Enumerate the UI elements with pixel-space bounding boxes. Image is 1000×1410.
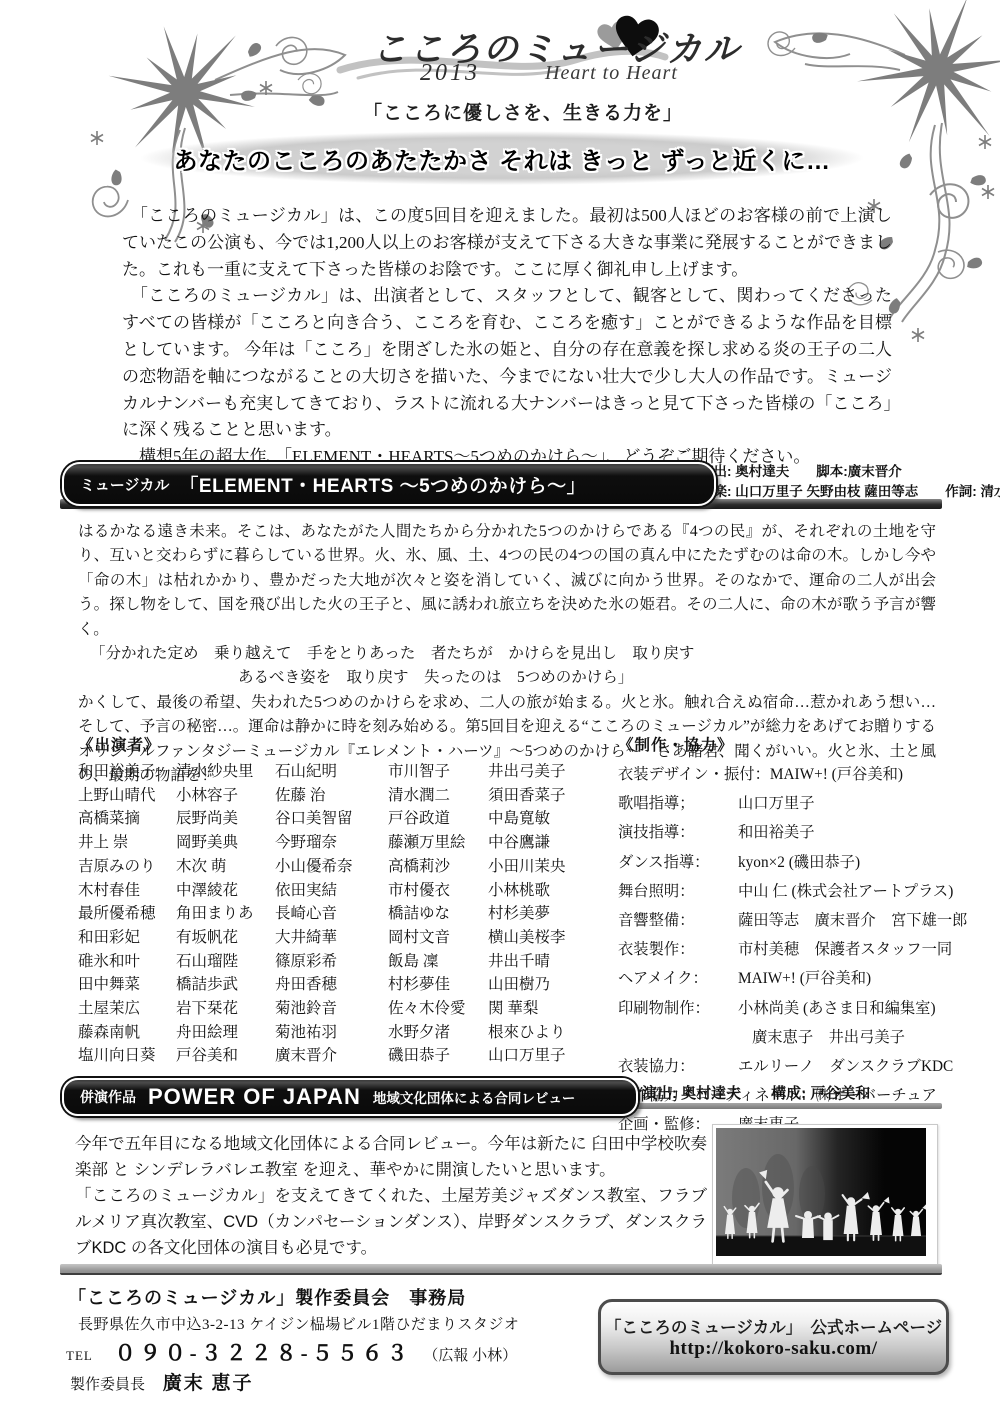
cast-member: 山口万里子 xyxy=(488,1044,566,1068)
chair-label: 製作委員長 xyxy=(70,1377,145,1393)
cast-member: 飯島 凜 xyxy=(388,950,488,974)
credit-person: 市村美穂 保護者スタッフ一同 xyxy=(738,941,952,958)
credit-role: 舞台照明： xyxy=(618,877,738,906)
homepage-box: 「こころのミュージカル」 公式ホームページ http://kokoro-saku… xyxy=(598,1299,949,1375)
credit-line: ヘアメイク：MAIW+! (戸谷美和) xyxy=(618,964,963,993)
cast-member: 藤森南帆 xyxy=(78,1021,176,1045)
homepage-caption: 「こころのミュージカル」 公式ホームページ xyxy=(605,1314,942,1338)
cast-heading: 《出演者》 xyxy=(78,733,161,755)
credit-person: kyon×2 (磯田恭子) xyxy=(738,854,860,871)
cast-member: 菊池祐羽 xyxy=(275,1021,388,1045)
cast-member: 水野夕渚 xyxy=(388,1021,488,1045)
title-year: 2013 xyxy=(420,60,480,87)
catch-copy-text: あなたのこころのあたたかさ それは きっと ずっと近くに… xyxy=(173,141,830,176)
cast-member: 市村優衣 xyxy=(388,879,488,903)
cast-member: 角田まりあ xyxy=(176,902,275,926)
cast-member: 井出弓美子 xyxy=(488,760,566,784)
cast-member: 菊池鈴音 xyxy=(275,997,388,1021)
copro-title: POWER OF JAPAN xyxy=(148,1084,361,1110)
cast-member: 小山優希奈 xyxy=(275,855,388,879)
cast-member: 小林容子 xyxy=(176,784,275,808)
cast-member: 村杉美夢 xyxy=(488,902,566,926)
cast-member: 藤瀬万里絵 xyxy=(388,831,488,855)
cast-member: 井上 崇 xyxy=(78,831,176,855)
prophecy-line-2: あるべき姿を 取り戻す 失ったのは 5つめのかけら」 xyxy=(78,666,936,690)
credit-person: エルリーノ ダンスクラブKDC xyxy=(738,1058,953,1075)
cast-member: 高橋莉沙 xyxy=(388,855,488,879)
credit-person: 山口万里子 xyxy=(738,795,815,812)
cast-member: 磯田恭子 xyxy=(388,1044,488,1068)
review-block: 今年で五年目になる地域文化団体による合同レビュー。今年は新たに 臼田中学校吹奏楽… xyxy=(75,1131,707,1261)
cast-member: 中島寛敏 xyxy=(488,807,566,831)
cast-member: 佐藤 治 xyxy=(275,784,388,808)
cast-member: 最所優希穂 xyxy=(78,902,176,926)
credit-role: 印刷物制作： xyxy=(618,994,738,1023)
credit-person: 和田裕美子 xyxy=(738,824,815,841)
chair-name: 廣末 恵子 xyxy=(163,1373,254,1394)
credit-person: MAIW+! (戸谷美和) xyxy=(738,970,871,987)
cast-member: 谷口美智留 xyxy=(275,807,388,831)
cast-member: 今野瑠奈 xyxy=(275,831,388,855)
copro-label: 併演作品 xyxy=(80,1087,136,1107)
cast-member: 根來ひより xyxy=(488,1021,566,1045)
credit-person: 小林尚美 (あさま日和編集室) xyxy=(738,1000,936,1017)
telephone-line: TEL ０９０-３２２８-５５６３ （広報 小林） xyxy=(66,1337,517,1367)
cast-member: 碓氷和叶 xyxy=(78,950,176,974)
credit-line: 印刷物制作：小林尚美 (あさま日和編集室) xyxy=(618,994,963,1023)
credit-role: ダンス指導： xyxy=(618,848,738,877)
cast-member: 村杉夢佳 xyxy=(388,973,488,997)
musical-credit-line-1: 演出: 奥村達夫 脚本:廣末晋介 xyxy=(700,462,950,482)
intro-paragraph-2: 「こころのミュージカル」は、出演者として、スタッフとして、観客として、関わってく… xyxy=(122,283,892,444)
cast-member: 清水潤二 xyxy=(388,784,488,808)
cast-member: 和田彩妃 xyxy=(78,926,176,950)
credit-role: 歌唱指導； xyxy=(618,789,738,818)
credit-person: 廣末恵子 井出弓美子 xyxy=(752,1029,905,1046)
flyer-page: こころのミュージカル 2013 Heart to Heart 「こころに優しさを… xyxy=(0,0,1000,1410)
cast-member: 井出千晴 xyxy=(488,950,566,974)
cast-member: 清水紗央里 xyxy=(176,760,275,784)
prophecy-line-1: 「分かれた定め 乗り越えて 手をとりあった 者たちが かけらを見出し 取り戻す xyxy=(78,642,936,666)
credit-role: 衣装製作： xyxy=(618,935,738,964)
credit-role: 衣装協力： xyxy=(618,1052,738,1081)
review-paragraph-1: 今年で五年目になる地域文化団体による合同レビュー。今年は新たに 臼田中学校吹奏楽… xyxy=(75,1131,707,1183)
credit-line: 衣装デザイン・振付：MAIW+! (戸谷美和) xyxy=(618,760,963,789)
copro-banner: 併演作品 POWER OF JAPAN 地域文化団体による合同レビュー xyxy=(62,1078,638,1116)
cast-member: 吉原みのり xyxy=(78,855,176,879)
cast-member: 塩川向日葵 xyxy=(78,1044,176,1068)
cast-member: 和田裕美子 xyxy=(78,760,176,784)
credit-person: 中山 仁 (株式会社アートプラス) xyxy=(738,883,953,900)
chairperson-line: 製作委員長 廣末 恵子 xyxy=(70,1368,254,1395)
cast-member: 土屋茉広 xyxy=(78,997,176,1021)
cast-member: 橋詰歩武 xyxy=(176,973,275,997)
tel-number: ０９０-３２２８-５５６３ xyxy=(115,1341,412,1365)
cast-member: 小林桃歌 xyxy=(488,879,566,903)
cast-member: 横山美桜李 xyxy=(488,926,566,950)
intro-block: 「こころのミュージカル」は、この度5回目を迎えました。最初は500人ほどのお客様… xyxy=(122,203,892,471)
musical-banner-title: 「ELEMENT・HEARTS ～5つめのかけら～」 xyxy=(179,471,586,498)
cast-member: 木村春佳 xyxy=(78,879,176,903)
cast-member: 須田香菜子 xyxy=(488,784,566,808)
cast-member: 高橋菜摘 xyxy=(78,807,176,831)
cast-member: 上野山晴代 xyxy=(78,784,176,808)
credit-line: 衣装協力：エルリーノ ダンスクラブKDC xyxy=(618,1052,963,1081)
cast-member: 岡野美典 xyxy=(176,831,275,855)
copro-underline-bar xyxy=(598,1103,942,1109)
credit-role: 演技指導： xyxy=(618,818,738,847)
catch-copy-banner: あなたのこころのあたたかさ それは きっと ずっと近くに… xyxy=(140,131,864,185)
story-paragraph-1: はるかなる遠き未来。そこは、あなたがた人間たちから分かれた5つのかけらである『4… xyxy=(78,520,936,642)
heart-to-heart-tagline: Heart to Heart xyxy=(545,62,678,85)
cast-member: 橋詰ゆな xyxy=(388,902,488,926)
cast-member: 石山瑠陛 xyxy=(176,950,275,974)
credits-heading: 《制作・協力》 xyxy=(618,733,734,755)
cast-member: 岡村文音 xyxy=(388,926,488,950)
cast-member: 大井綺華 xyxy=(275,926,388,950)
stage-photo xyxy=(712,1124,938,1268)
credit-person: MAIW+! (戸谷美和) xyxy=(770,766,903,783)
intro-paragraph-1: 「こころのミュージカル」は、この度5回目を迎えました。最初は500人ほどのお客様… xyxy=(122,203,892,283)
credit-line: 歌唱指導；山口万里子 xyxy=(618,789,963,818)
musical-title-banner: ミュージカル 「ELEMENT・HEARTS ～5つめのかけら～」 xyxy=(62,462,716,506)
cast-member: 石山紀明 xyxy=(275,760,388,784)
credit-role: 音響整備： xyxy=(618,906,738,935)
credit-role: 衣装デザイン・振付： xyxy=(618,760,770,789)
cast-member: 戸谷美和 xyxy=(176,1044,275,1068)
credit-role: ヘアメイク： xyxy=(618,964,738,993)
copro-subtitle: 地域文化団体による合同レビュー xyxy=(373,1087,576,1107)
credit-line: 舞台照明：中山 仁 (株式会社アートプラス) xyxy=(618,877,963,906)
cast-member: 関 華梨 xyxy=(488,997,566,1021)
musical-banner-label: ミュージカル xyxy=(80,474,169,495)
cast-member: 岩下栞花 xyxy=(176,997,275,1021)
cast-member: 舟田香穂 xyxy=(275,973,388,997)
cast-member: 中澤綾花 xyxy=(176,879,275,903)
cast-member: 木次 萌 xyxy=(176,855,275,879)
committee-name: 「こころのミュージカル」製作委員会 事務局 xyxy=(68,1284,466,1310)
cast-member: 舟田絵理 xyxy=(176,1021,275,1045)
cast-member: 長崎心音 xyxy=(275,902,388,926)
credit-line: 廣末恵子 井出弓美子 xyxy=(618,1023,963,1052)
cast-member: 有坂帆花 xyxy=(176,926,275,950)
cast-grid: 和田裕美子清水紗央里石山紀明市川智子井出弓美子上野山晴代小林容子佐藤 治清水潤二… xyxy=(78,760,566,1068)
cast-member: 辰野尚美 xyxy=(176,807,275,831)
cast-member: 佐々木伶愛 xyxy=(388,997,488,1021)
cast-member: 廣末晋介 xyxy=(275,1044,388,1068)
review-paragraph-2: 「こころのミュージカル」を支えてきてくれた、土屋芳美ジャズダンス教室、フラブルメ… xyxy=(75,1183,707,1261)
cast-member: 戸谷政道 xyxy=(388,807,488,831)
credit-line: 演技指導：和田裕美子 xyxy=(618,818,963,847)
cast-member: 市川智子 xyxy=(388,760,488,784)
credit-line: 音響整備：薩田等志 廣末晋介 宮下雄一郎 xyxy=(618,906,963,935)
cast-member: 中谷鷹謙 xyxy=(488,831,566,855)
committee-address: 長野県佐久市中込3-2-13 ケイジン榀場ビル1階ひだまりスタジオ xyxy=(78,1313,519,1334)
copro-credit: 総合演出: 奥村達夫 構成: 戸谷美和 xyxy=(612,1082,870,1103)
cast-member: 山田樹乃 xyxy=(488,973,566,997)
cast-member: 依田実結 xyxy=(275,879,388,903)
cast-member: 田中舞菜 xyxy=(78,973,176,997)
credit-line: ダンス指導：kyon×2 (磯田恭子) xyxy=(618,848,963,877)
subtitle: 「こころに優しさを、生きる力を」 xyxy=(363,98,683,125)
cast-member: 小田川茉央 xyxy=(488,855,566,879)
cast-member: 篠原彩希 xyxy=(275,950,388,974)
credit-line: 衣装製作：市村美穂 保護者スタッフ一同 xyxy=(618,935,963,964)
tel-note: （広報 小林） xyxy=(423,1348,517,1364)
credit-person: 薩田等志 廣末晋介 宮下雄一郎 xyxy=(738,912,967,929)
footer-divider-bar xyxy=(60,1264,942,1275)
tel-label: TEL xyxy=(66,1348,93,1363)
story-block: はるかなる遠き未来。そこは、あなたがた人間たちから分かれた5つのかけらである『4… xyxy=(78,520,936,788)
homepage-url: http://kokoro-saku.com/ xyxy=(669,1338,877,1360)
musical-credits: 演出: 奥村達夫 脚本:廣末晋介 音楽: 山口万里子 矢野由枝 薩田等志 作詞:… xyxy=(700,462,950,502)
